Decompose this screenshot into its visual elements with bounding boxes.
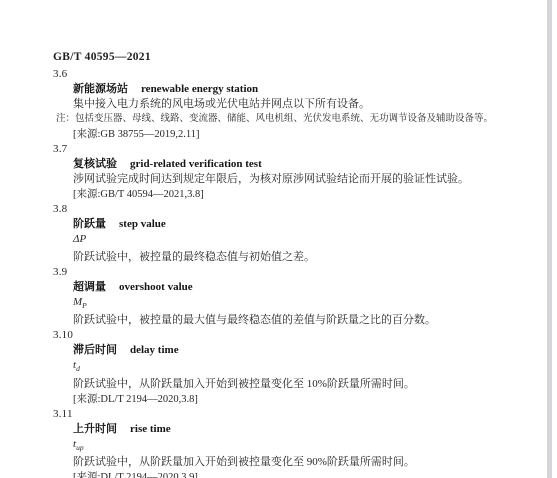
terminology-content: 3.6 新能源场站renewable energy station 集中接入电力… (53, 67, 533, 478)
symbol: MP (73, 295, 533, 313)
symbol-base: M (73, 296, 82, 308)
doc-number-header: GB/T 40595—2021 (53, 51, 151, 63)
definition-text: 集中接入电力系统的风电场或光伏电站并网点以下所有设备。 (73, 97, 533, 112)
term-line: 超调量overshoot value (73, 280, 533, 295)
note-text: 注：包括变压器、母线、线路、变流器、储能、风电机组、光伏发电系统、无功调节设备及… (56, 112, 533, 127)
symbol: ΔP (73, 232, 533, 250)
clause-3-10: 3.10 滞后时间delay time td 阶跃试验中，从阶跃量加入开始到被控… (53, 328, 533, 406)
term-en: grid-related verification test (130, 158, 262, 170)
term-en: delay time (130, 344, 179, 356)
clause-3-7: 3.7 复核试验grid-related verification test 涉… (53, 142, 533, 202)
clause-3-9: 3.9 超调量overshoot value MP 阶跃试验中，被控量的最大值与… (53, 265, 533, 328)
symbol-subscript: up (76, 443, 84, 452)
definition-text: 阶跃试验中，从阶跃量加入开始到被控量变化至 90%阶跃量所需时间。 (73, 455, 533, 470)
term-en: renewable energy station (141, 83, 258, 95)
source-citation: [来源:GB 38755—2019,2.11] (73, 127, 533, 142)
term-en: rise time (130, 423, 171, 435)
clause-number: 3.9 (53, 265, 533, 280)
term-zh: 超调量 (73, 281, 106, 293)
term-line: 滞后时间delay time (73, 343, 533, 358)
term-zh: 上升时间 (73, 423, 117, 435)
symbol-subscript: d (76, 365, 80, 374)
clause-3-11: 3.11 上升时间rise time tup 阶跃试验中，从阶跃量加入开始到被控… (53, 407, 533, 478)
clause-number: 3.11 (53, 407, 533, 422)
symbol: tup (73, 437, 533, 455)
symbol: td (73, 358, 533, 376)
clause-3-8: 3.8 阶跃量step value ΔP 阶跃试验中，被控量的最终稳态值与初始值… (53, 202, 533, 265)
term-line: 阶跃量step value (73, 217, 533, 232)
definition-text: 阶跃试验中，被控量的最大值与最终稳态值的差值与阶跃量之比的百分数。 (73, 313, 533, 328)
source-citation: [来源:GB/T 40594—2021,3.8] (73, 187, 533, 202)
definition-text: 阶跃试验中，从阶跃量加入开始到被控量变化至 10%阶跃量所需时间。 (73, 377, 533, 392)
source-citation: [来源:DL/T 2194—2020,3.8] (73, 392, 533, 407)
term-line: 新能源场站renewable energy station (73, 82, 533, 97)
clause-3-6: 3.6 新能源场站renewable energy station 集中接入电力… (53, 67, 533, 142)
clause-number: 3.8 (53, 202, 533, 217)
clause-number: 3.7 (53, 142, 533, 157)
scrollbar-track[interactable] (547, 0, 552, 478)
source-citation: [来源:DL/T 2194—2020,3.9] (73, 470, 533, 478)
term-line: 上升时间rise time (73, 422, 533, 437)
symbol-subscript: P (82, 301, 87, 310)
term-zh: 复核试验 (73, 158, 117, 170)
term-en: overshoot value (119, 281, 193, 293)
term-line: 复核试验grid-related verification test (73, 157, 533, 172)
term-zh: 新能源场站 (73, 83, 128, 95)
term-zh: 阶跃量 (73, 218, 106, 230)
definition-text: 涉网试验完成时间达到规定年限后，为核对原涉网试验结论而开展的验证性试验。 (73, 172, 533, 187)
term-en: step value (119, 218, 166, 230)
definition-text: 阶跃试验中，被控量的最终稳态值与初始值之差。 (73, 250, 533, 265)
clause-number: 3.10 (53, 328, 533, 343)
symbol-base: ΔP (73, 233, 86, 245)
term-zh: 滞后时间 (73, 344, 117, 356)
document-page: GB/T 40595—2021 3.6 新能源场站renewable energ… (0, 0, 557, 478)
clause-number: 3.6 (53, 67, 533, 82)
